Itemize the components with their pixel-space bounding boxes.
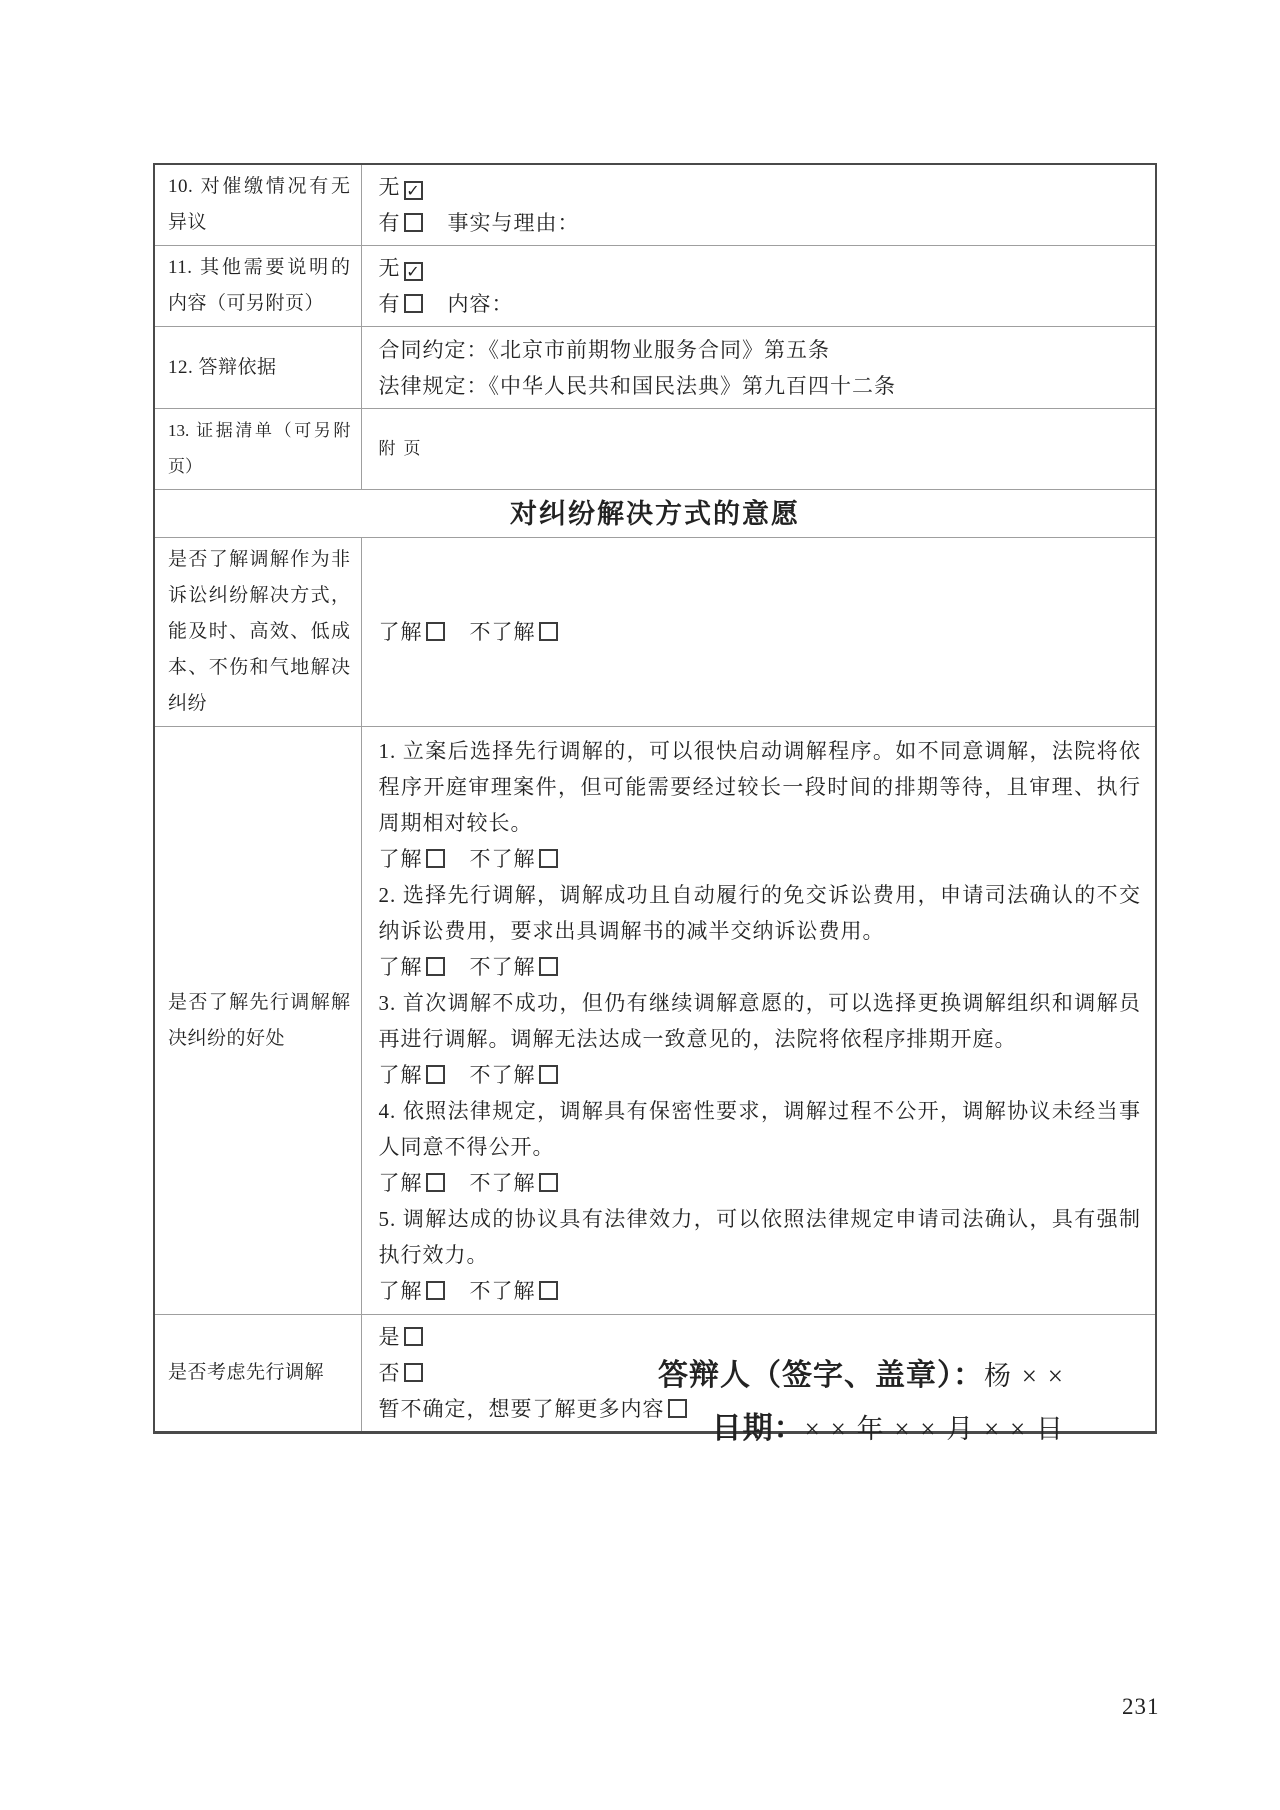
text-segment: 事实与理由：	[426, 211, 580, 235]
text-segment: 是	[379, 1325, 401, 1349]
checkbox-unchecked-icon[interactable]	[426, 1281, 445, 1300]
checkbox-unchecked-icon[interactable]	[404, 294, 423, 313]
understand-mediation-label: 是否了解调解作为非诉讼纠纷解决方式，能及时、高效、低成本、不伤和气地解决纠纷	[154, 538, 361, 727]
checkbox-unchecked-icon[interactable]	[426, 849, 445, 868]
text-segment: 5. 调解达成的协议具有法律效力，可以依照法律规定申请司法确认，具有强制执行效力…	[379, 1207, 1142, 1267]
checkbox-unchecked-icon[interactable]	[539, 849, 558, 868]
table-row: 13. 证据清单（可另附页） 附页	[154, 409, 1156, 490]
checkbox-checked-icon[interactable]: ✓	[404, 262, 423, 281]
text-segment: 了解	[379, 955, 423, 979]
form-line: 5. 调解达成的协议具有法律效力，可以依照法律规定申请司法确认，具有强制执行效力…	[379, 1201, 1142, 1273]
form-line: 了解 不了解	[379, 841, 1142, 877]
checkbox-unchecked-icon[interactable]	[539, 1281, 558, 1300]
form-line: 3. 首次调解不成功，但仍有继续调解意愿的，可以选择更换调解组织和调解员再进行调…	[379, 985, 1142, 1057]
text-segment: 不了解	[448, 1063, 536, 1087]
form-line: 合同约定：《北京市前期物业服务合同》第五条	[379, 332, 1142, 368]
date-label: 日期：	[712, 1412, 805, 1445]
respondent-label: 答辩人（签字、盖章）：	[658, 1359, 984, 1392]
text-segment: 无	[379, 175, 401, 199]
text-segment: 附页	[379, 439, 429, 458]
text-segment: 不了解	[448, 1171, 536, 1195]
form-line: 了解 不了解	[379, 1165, 1142, 1201]
text-segment: 内容：	[426, 292, 514, 316]
text-segment: 否	[379, 1361, 401, 1385]
checkbox-unchecked-icon[interactable]	[404, 1327, 423, 1346]
text-segment: 有	[379, 292, 401, 316]
form-line: 无✓	[379, 250, 1142, 286]
row10-content: 无✓有 事实与理由：	[361, 164, 1156, 246]
table-row: 是否了解调解作为非诉讼纠纷解决方式，能及时、高效、低成本、不伤和气地解决纠纷 了…	[154, 538, 1156, 727]
text-segment: 了解	[379, 1063, 423, 1087]
checkbox-unchecked-icon[interactable]	[539, 957, 558, 976]
document-page: 10. 对催缴情况有无异议 无✓有 事实与理由： 11. 其他需要说明的内容（可…	[0, 0, 1280, 1810]
section-header: 对纠纷解决方式的意愿	[154, 490, 1156, 538]
table-row: 10. 对催缴情况有无异议 无✓有 事实与理由：	[154, 164, 1156, 246]
text-segment: 3. 首次调解不成功，但仍有继续调解意愿的，可以选择更换调解组织和调解员再进行调…	[379, 991, 1142, 1051]
checkbox-unchecked-icon[interactable]	[404, 1363, 423, 1382]
form-line: 了解 不了解	[379, 949, 1142, 985]
text-segment: 不了解	[448, 1279, 536, 1303]
form-line: 了解 不了解	[379, 1273, 1142, 1309]
table-row: 是否了解先行调解解决纠纷的好处 1. 立案后选择先行调解的，可以很快启动调解程序…	[154, 727, 1156, 1315]
checkbox-checked-icon[interactable]: ✓	[404, 181, 423, 200]
text-segment: 不了解	[448, 955, 536, 979]
date-line: 日期：× × 年 × × 月 × × 日	[658, 1405, 1065, 1458]
text-segment: 4. 依照法律规定，调解具有保密性要求，调解过程不公开，调解协议未经当事人同意不…	[379, 1099, 1142, 1159]
checkbox-unchecked-icon[interactable]	[426, 1173, 445, 1192]
text-segment: 了解	[379, 620, 423, 644]
text-segment: 2. 选择先行调解，调解成功且自动履行的免交诉讼费用，申请司法确认的不交纳诉讼费…	[379, 883, 1142, 943]
form-line: 了解 不了解	[379, 1057, 1142, 1093]
text-segment: 有	[379, 211, 401, 235]
form-line: 是	[379, 1319, 1142, 1355]
text-segment: 法律规定：《中华人民共和国民法典》第九百四十二条	[379, 374, 897, 398]
text-segment: 无	[379, 256, 401, 280]
row10-label: 10. 对催缴情况有无异议	[154, 164, 361, 246]
form-line: 1. 立案后选择先行调解的，可以很快启动调解程序。如不同意调解，法院将依程序开庭…	[379, 733, 1142, 841]
benefits-content: 1. 立案后选择先行调解的，可以很快启动调解程序。如不同意调解，法院将依程序开庭…	[361, 727, 1156, 1315]
form-line: 有 内容：	[379, 286, 1142, 322]
checkbox-unchecked-icon[interactable]	[426, 957, 445, 976]
text-segment: 了解	[379, 847, 423, 871]
row11-label: 11. 其他需要说明的内容（可另附页）	[154, 246, 361, 327]
benefits-label: 是否了解先行调解解决纠纷的好处	[154, 727, 361, 1315]
row12-content: 合同约定：《北京市前期物业服务合同》第五条法律规定：《中华人民共和国民法典》第九…	[361, 327, 1156, 409]
checkbox-unchecked-icon[interactable]	[539, 622, 558, 641]
form-line: 法律规定：《中华人民共和国民法典》第九百四十二条	[379, 368, 1142, 404]
text-segment: 1. 立案后选择先行调解的，可以很快启动调解程序。如不同意调解，法院将依程序开庭…	[379, 739, 1142, 835]
consider-mediation-label: 是否考虑先行调解	[154, 1315, 361, 1433]
understand-mediation-content: 了解 不了解	[361, 538, 1156, 727]
row11-content: 无✓有 内容：	[361, 246, 1156, 327]
checkbox-unchecked-icon[interactable]	[539, 1173, 558, 1192]
text-segment: 暂不确定，想要了解更多内容	[379, 1397, 665, 1421]
row13-content: 附页	[361, 409, 1156, 490]
form-line: 有 事实与理由：	[379, 205, 1142, 241]
signature-block: 答辩人（签字、盖章）：杨 × × 日期：× × 年 × × 月 × × 日	[658, 1352, 1065, 1458]
checkbox-unchecked-icon[interactable]	[539, 1065, 558, 1084]
row12-label: 12. 答辩依据	[154, 327, 361, 409]
table-row: 12. 答辩依据 合同约定：《北京市前期物业服务合同》第五条法律规定：《中华人民…	[154, 327, 1156, 409]
text-segment: 了解	[379, 1171, 423, 1195]
table-row: 对纠纷解决方式的意愿	[154, 490, 1156, 538]
form-line: 附页	[379, 431, 1142, 467]
row13-label: 13. 证据清单（可另附页）	[154, 409, 361, 490]
form-line: 了解 不了解	[379, 614, 1142, 650]
text-segment: 合同约定：《北京市前期物业服务合同》第五条	[379, 338, 831, 362]
checkbox-unchecked-icon[interactable]	[426, 622, 445, 641]
checkbox-unchecked-icon[interactable]	[426, 1065, 445, 1084]
text-segment: 不了解	[448, 847, 536, 871]
respondent-name: 杨 × ×	[984, 1361, 1065, 1391]
page-number: 231	[1122, 1694, 1160, 1720]
text-segment: 不了解	[448, 620, 536, 644]
text-segment: 了解	[379, 1279, 423, 1303]
checkbox-unchecked-icon[interactable]	[404, 213, 423, 232]
defense-opinion-form-table: 10. 对催缴情况有无异议 无✓有 事实与理由： 11. 其他需要说明的内容（可…	[153, 163, 1157, 1434]
form-line: 4. 依照法律规定，调解具有保密性要求，调解过程不公开，调解协议未经当事人同意不…	[379, 1093, 1142, 1165]
form-line: 无✓	[379, 169, 1142, 205]
form-line: 2. 选择先行调解，调解成功且自动履行的免交诉讼费用，申请司法确认的不交纳诉讼费…	[379, 877, 1142, 949]
table-row: 11. 其他需要说明的内容（可另附页） 无✓有 内容：	[154, 246, 1156, 327]
respondent-signature-line: 答辩人（签字、盖章）：杨 × ×	[658, 1352, 1065, 1405]
date-value: × × 年 × × 月 × × 日	[805, 1414, 1065, 1444]
